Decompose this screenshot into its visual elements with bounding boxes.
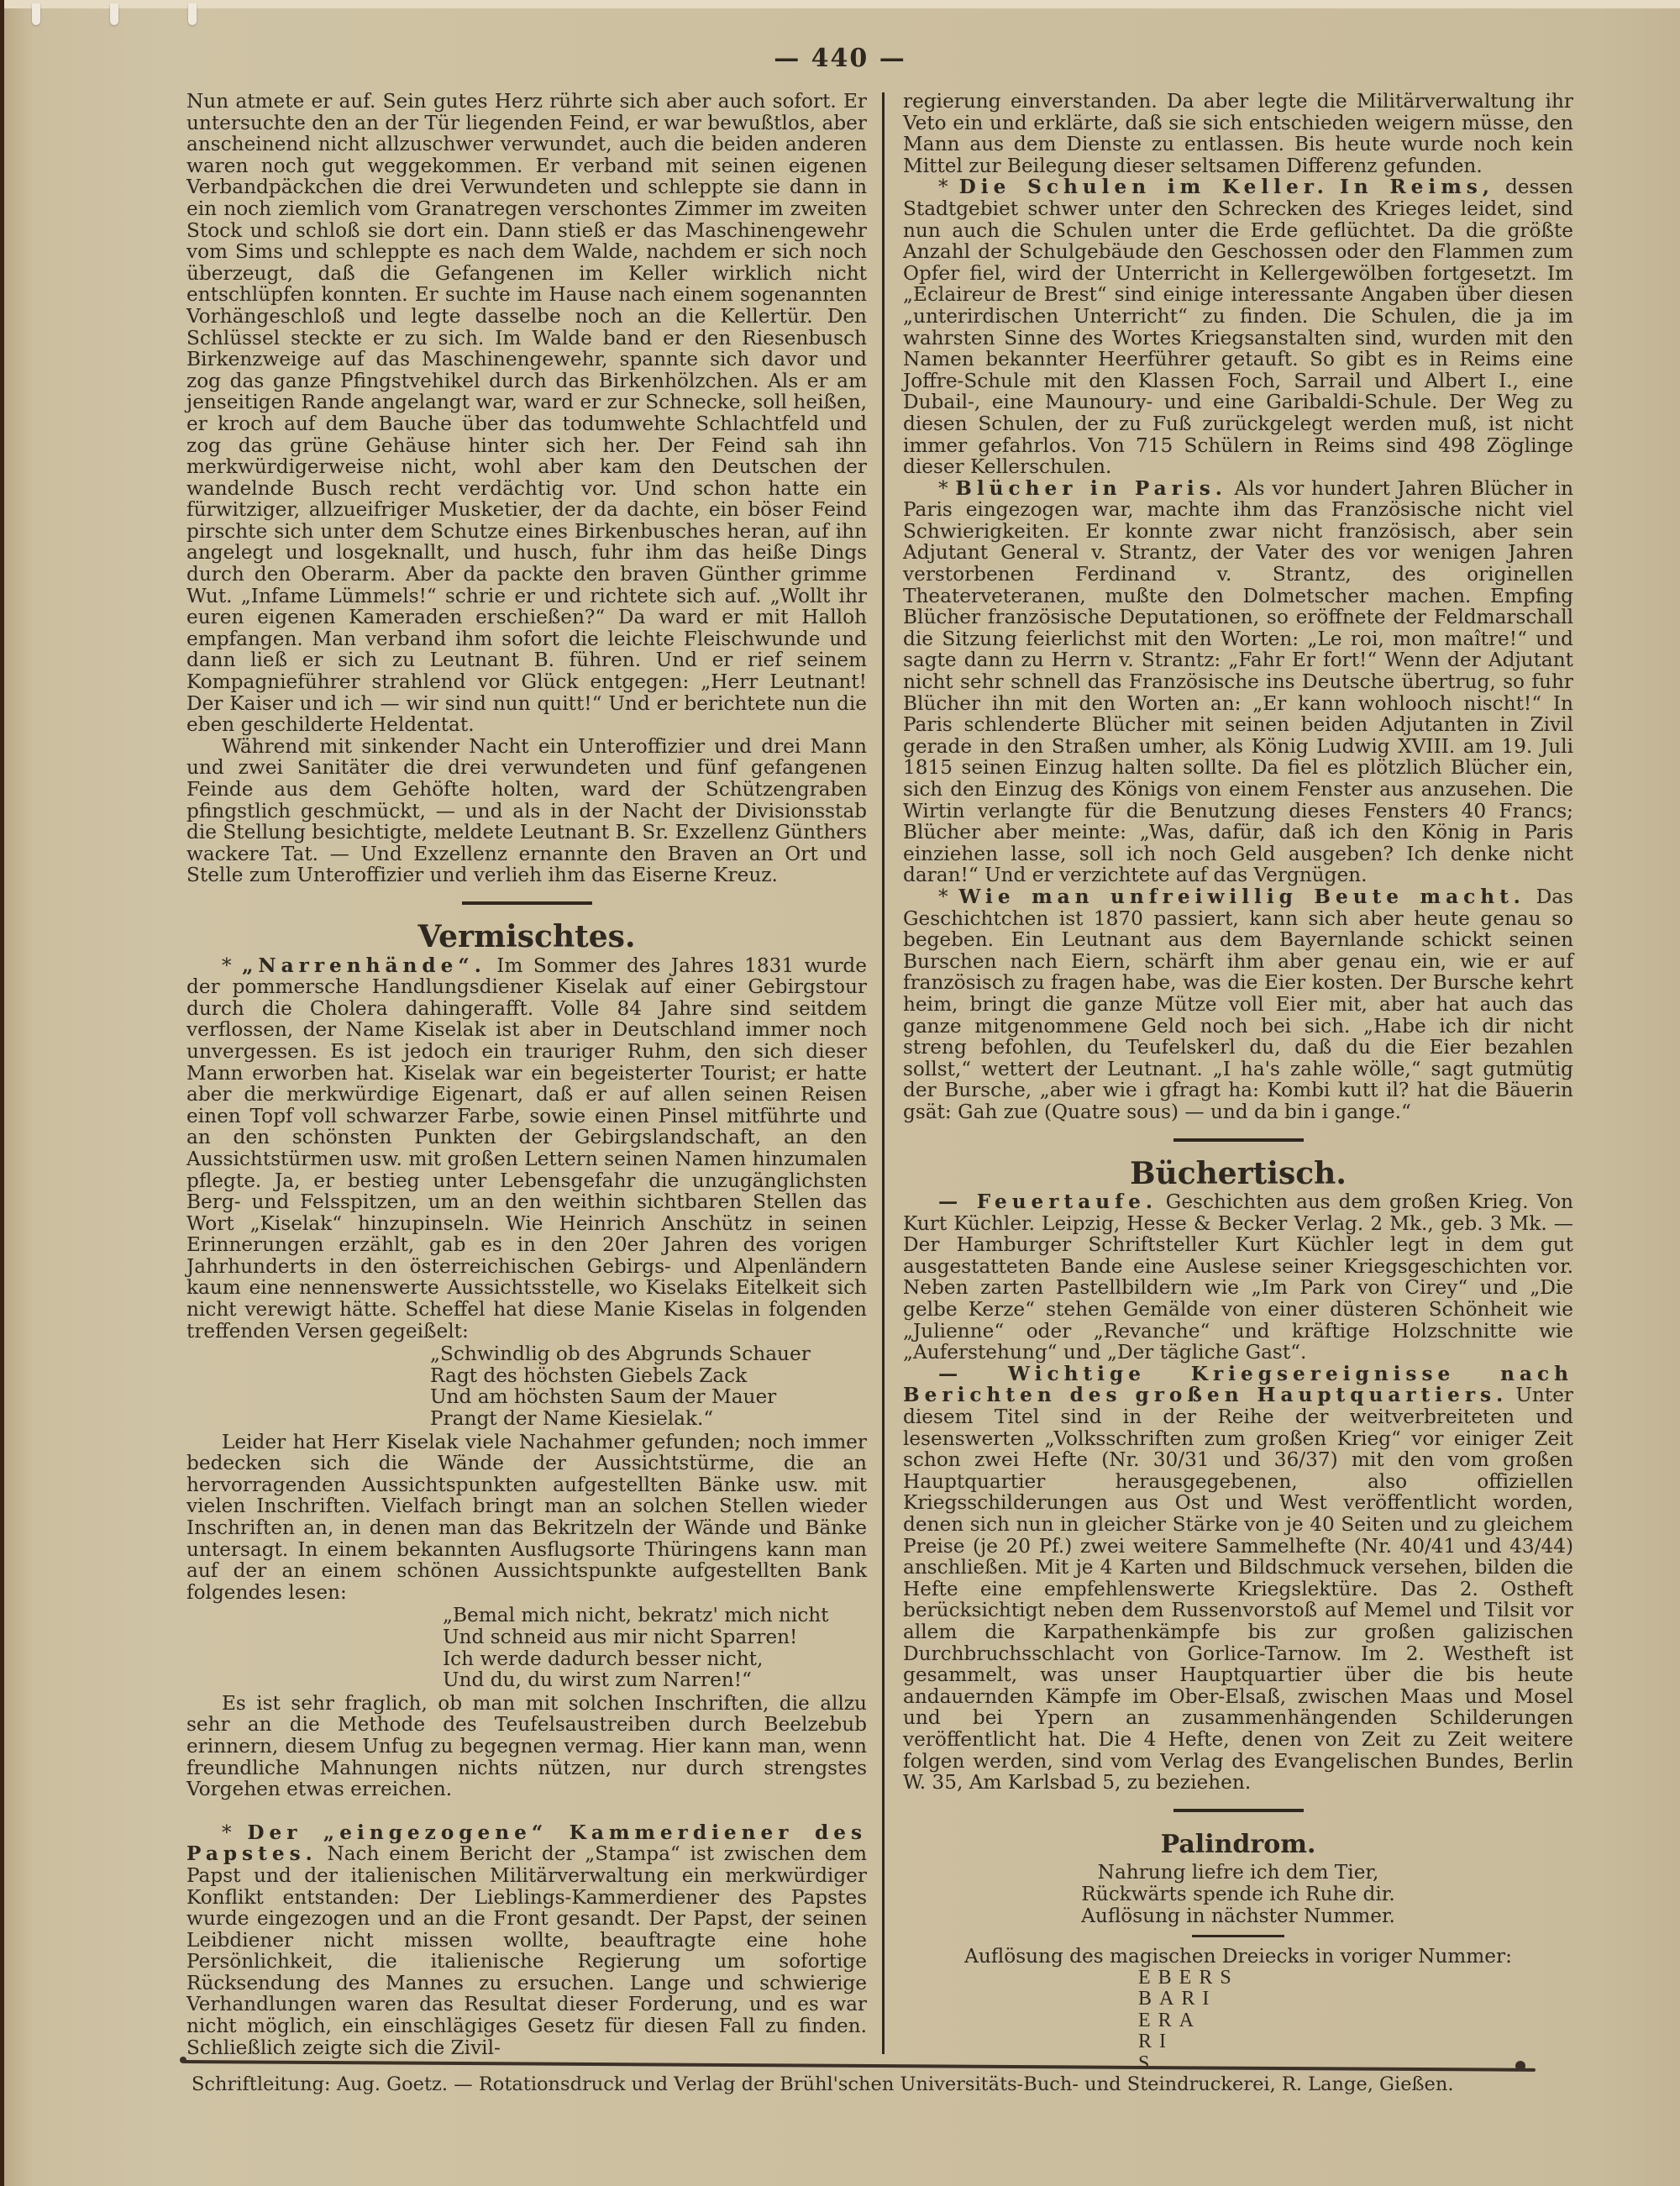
verse-line: „Bemal mich nicht, bekratz' mich nicht — [443, 1605, 867, 1626]
verse-line: Ragt des höchsten Giebels Zack — [430, 1365, 867, 1387]
review-title: — Wichtige Kriegsereignisse nach Bericht… — [903, 1363, 1573, 1407]
article-title: Die Schulen im Keller. — [959, 176, 1329, 198]
magic-triangle: EBERS BARI ERA RI S — [1138, 1968, 1573, 2075]
article-lead: In Reims, — [1340, 176, 1494, 198]
page-top-edge — [0, 0, 1680, 8]
pin-icon — [110, 3, 118, 25]
review-kriegsereignisse: — Wichtige Kriegsereignisse nach Bericht… — [903, 1364, 1573, 1794]
section-rule — [1192, 1935, 1284, 1937]
triangle-row: ERA — [1138, 2010, 1573, 2032]
verse-line: Prangt der Name Kiesielak.“ — [430, 1408, 867, 1430]
article-kammerdiener: * Der „eingezogene“ Kammerdiener des Pap… — [186, 1822, 867, 2059]
review-text: Geschichten aus dem großen Krieg. Von Ku… — [903, 1190, 1573, 1364]
triangle-row: S — [1138, 2053, 1573, 2075]
pin-icon — [32, 3, 40, 25]
story-paragraph: Nun atmete er auf. Sein gutes Herz rührt… — [186, 91, 867, 736]
article-narrenhaende: * „Narrenhände“. Im Sommer des Jahres 18… — [186, 955, 867, 1343]
pin-icon — [188, 3, 197, 25]
triangle-row: EBERS — [1138, 1968, 1573, 1989]
spacer — [186, 1800, 867, 1822]
left-column: Nun atmete er auf. Sein gutes Herz rührt… — [186, 91, 867, 2058]
verse-line: Und du, du wirst zum Narren!“ — [443, 1669, 867, 1691]
verse-line: Ich werde dadurch besser nicht, — [443, 1648, 867, 1670]
article-text: Leider hat Herr Kiselak viele Nachahmer … — [186, 1432, 867, 1604]
triangle-row: BARI — [1138, 1989, 1573, 2010]
article-beute: * Wie man unfreiwillig Beute macht. Das … — [903, 886, 1573, 1123]
review-title: — Feuertaufe. — [938, 1190, 1158, 1213]
imprint-line: Schriftleitung: Aug. Goetz. — Rotationsd… — [192, 2073, 1536, 2095]
verse-block: „Bemal mich nicht, bekratz' mich nicht U… — [443, 1605, 867, 1690]
article-title: Blücher in Paris. — [955, 477, 1227, 500]
article-bluecher: * Blücher in Paris. Als vor hundert Jahr… — [903, 478, 1573, 886]
article-text: Das Geschichtchen ist 1870 passiert, kan… — [903, 885, 1573, 1123]
verse-line: Und schneid aus mir nicht Sparren! — [443, 1626, 867, 1648]
article-continuation: regierung einverstanden. Da aber legte d… — [903, 91, 1573, 176]
verse-block: „Schwindlig ob des Abgrunds Schauer Ragt… — [430, 1343, 867, 1429]
column-divider — [882, 92, 885, 2054]
right-column: regierung einverstanden. Da aber legte d… — [903, 91, 1573, 2075]
section-heading-palindrom: Palindrom. — [903, 1834, 1573, 1856]
article-text: Als vor hundert Jahren Blücher in Paris … — [903, 477, 1573, 887]
article-text: dessen Stadtgebiet schwer unter den Schr… — [903, 176, 1573, 478]
verse-line: Und am höchsten Saum der Mauer — [430, 1386, 867, 1408]
story-paragraph: Während mit sinkender Nacht ein Unteroff… — [186, 736, 867, 886]
palindrom-line: Auflösung in nächster Nummer. — [903, 1905, 1573, 1927]
newspaper-page: — 440 — Nun atmete er auf. Sein gutes He… — [0, 0, 1680, 2186]
section-rule — [1173, 1138, 1304, 1142]
solution-heading: Auflösung des magischen Dreiecks in vori… — [903, 1946, 1573, 1968]
section-heading-buechertisch: Büchertisch. — [903, 1164, 1573, 1185]
rule-end-dot — [1515, 2061, 1525, 2071]
palindrom-line: Rückwärts spende ich Ruhe dir. — [903, 1884, 1573, 1905]
palindrom-line: Nahrung liefre ich dem Tier, — [903, 1862, 1573, 1884]
section-rule — [1173, 1809, 1304, 1812]
review-text: Unter diesem Titel sind in der Reihe der… — [903, 1384, 1573, 1794]
article-schulen: * Die Schulen im Keller. In Reims, desse… — [903, 176, 1573, 477]
triangle-row: RI — [1138, 2031, 1573, 2053]
article-title: „Narrenhände“. — [242, 954, 486, 977]
section-rule — [462, 901, 592, 905]
article-text: Es ist sehr fraglich, ob man mit solchen… — [186, 1693, 867, 1800]
verse-line: „Schwindlig ob des Abgrunds Schauer — [430, 1343, 867, 1365]
article-text: Nach einem Bericht der „Stampa“ ist zwis… — [186, 1842, 867, 2058]
article-text: Im Sommer des Jahres 1831 wurde der pomm… — [186, 954, 867, 1343]
review-feuertaufe: — Feuertaufe. Geschichten aus dem großen… — [903, 1191, 1573, 1364]
page-number: — 440 — — [0, 44, 1680, 73]
page-binding-edge — [0, 0, 4, 2186]
article-title: Wie man unfreiwillig Beute macht. — [958, 885, 1525, 908]
section-heading-vermischtes: Vermischtes. — [186, 927, 867, 948]
